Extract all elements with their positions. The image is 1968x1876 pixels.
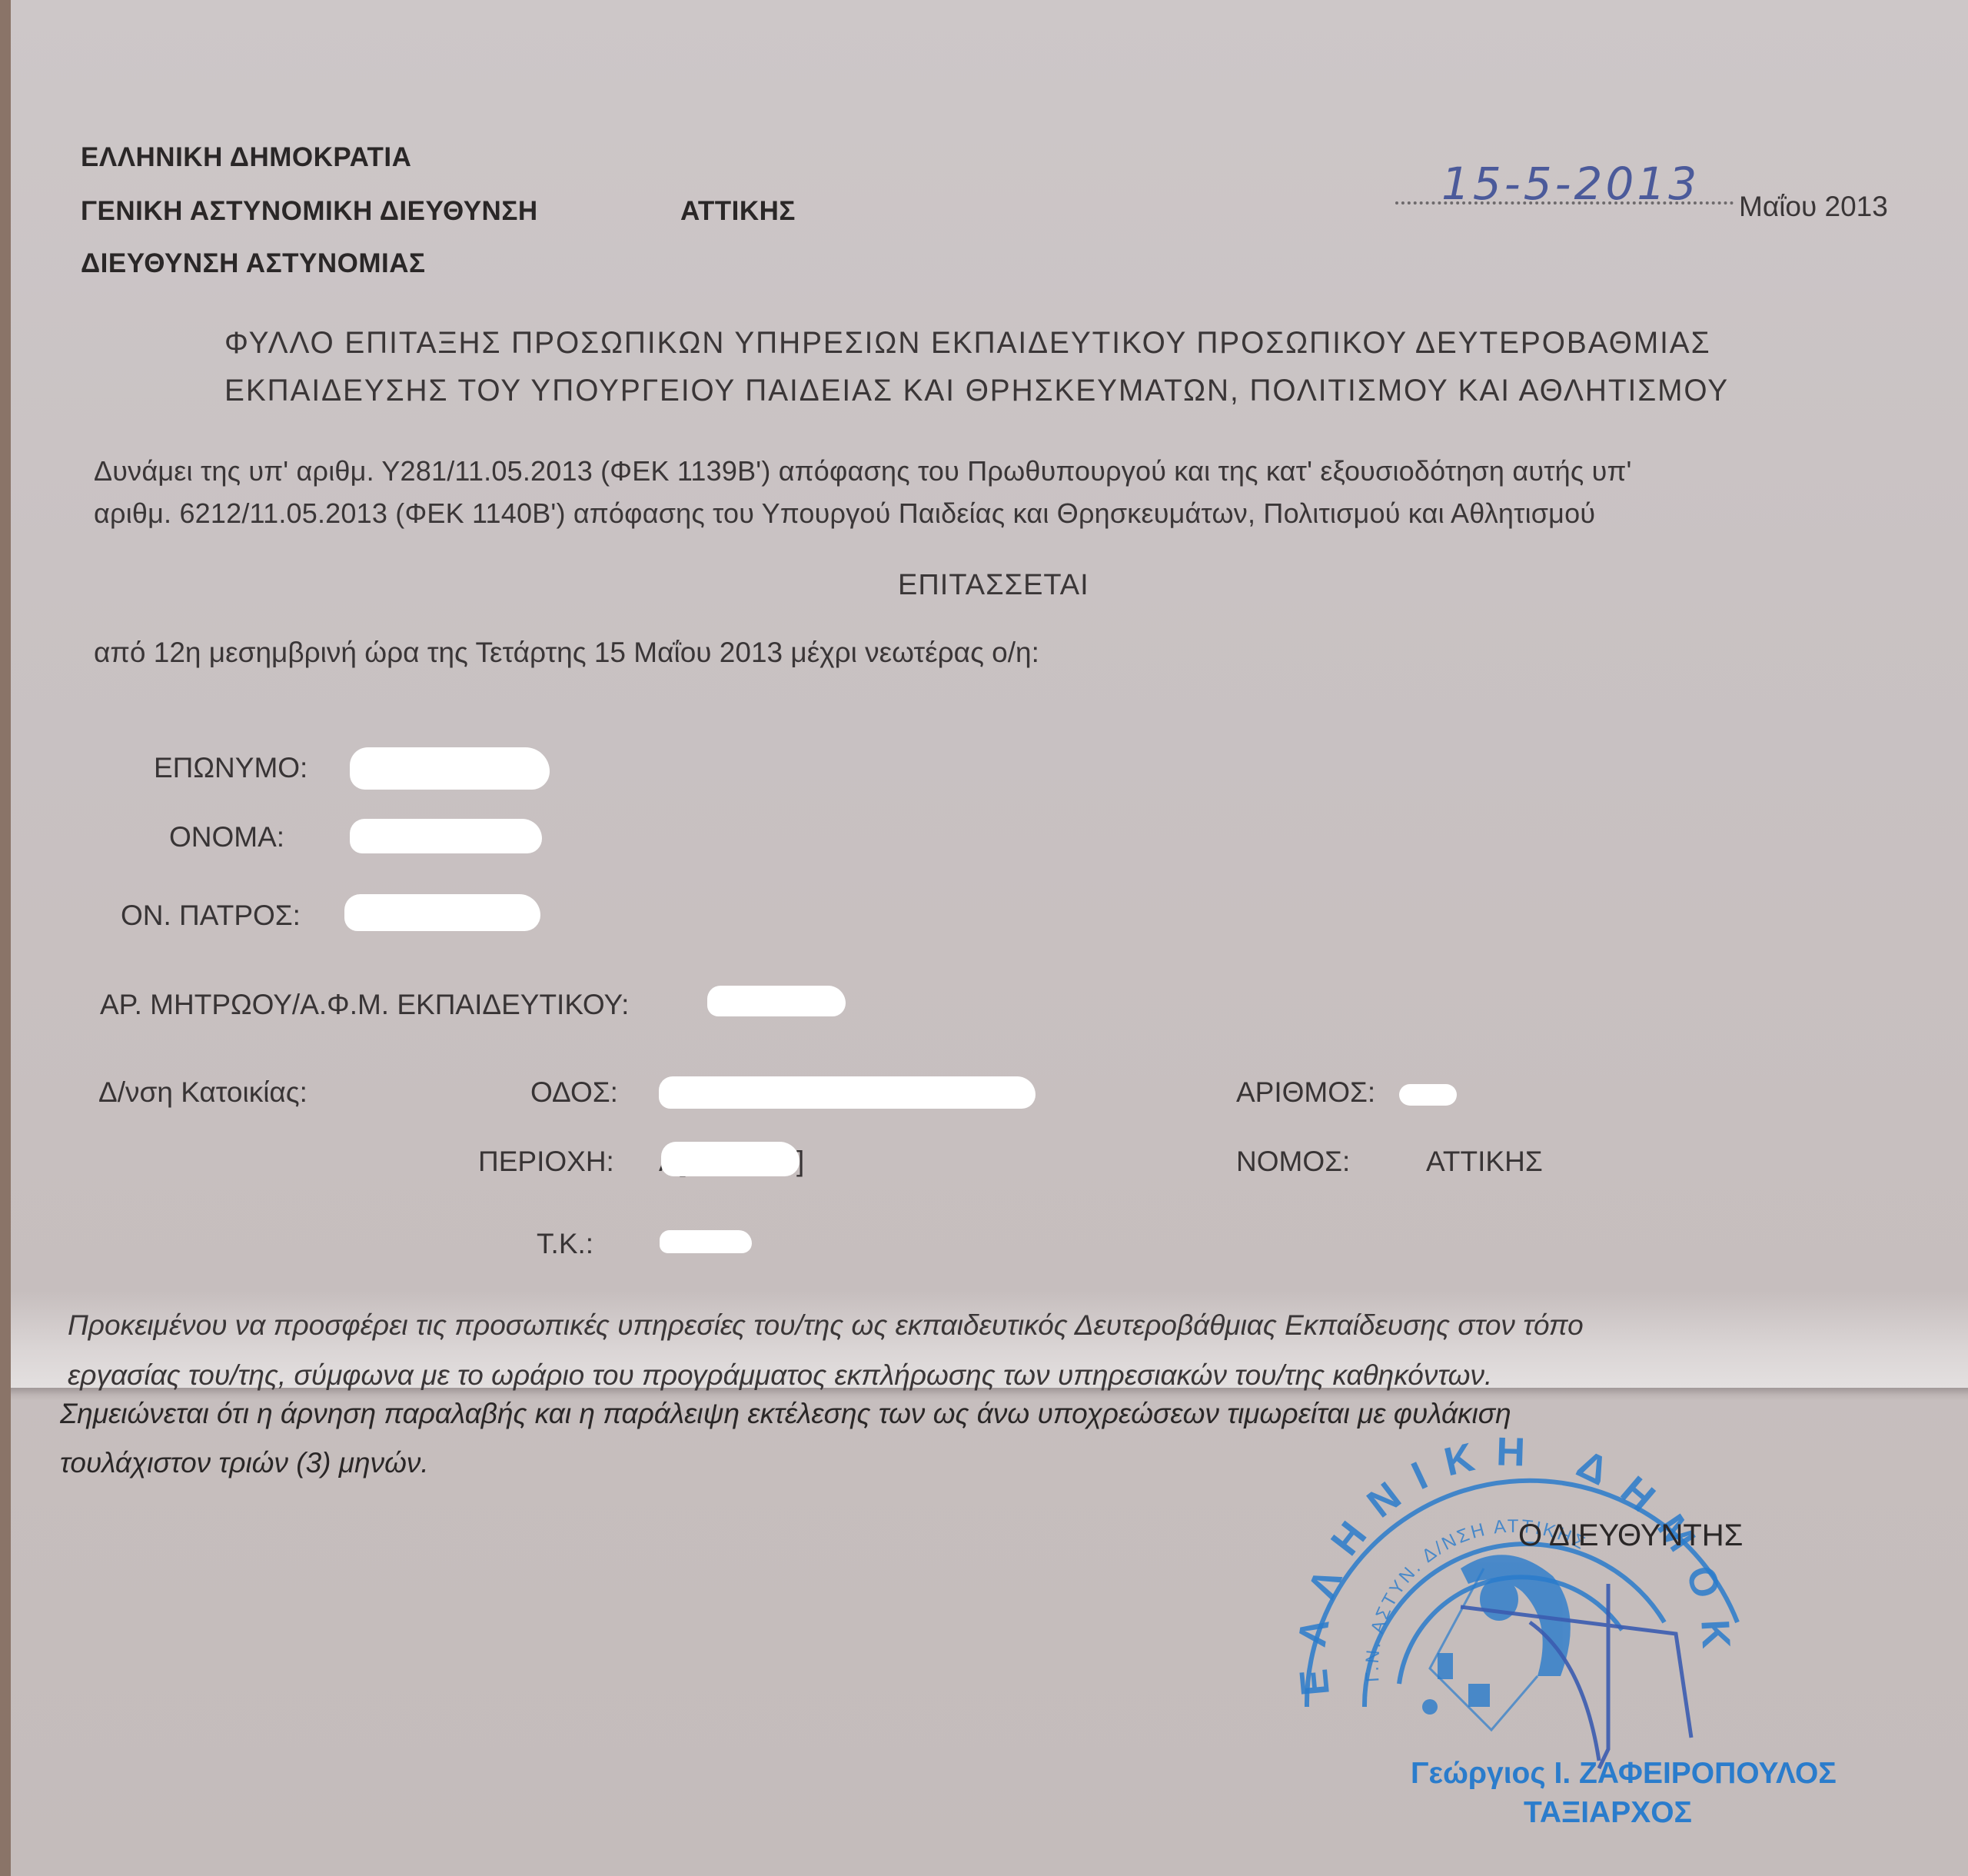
residence-label: Δ/νση Κατοικίας: <box>98 1076 307 1109</box>
handwritten-date: 15-5-2013 <box>1441 158 1700 210</box>
closing-line4: τουλάχιστον τριών (3) μηνών. <box>60 1447 429 1479</box>
signatory-rank: ΤΑΞΙΑΡΧΟΣ <box>1524 1796 1692 1830</box>
registry-label: ΑΡ. ΜΗΤΡΩΟΥ/Α.Φ.Μ. ΕΚΠΑΙΔΕΥΤΙΚΟΥ: <box>100 989 629 1021</box>
street-label: ΟΔΟΣ: <box>530 1076 618 1109</box>
authority-line2: αριθμ. 6212/11.05.2013 (ΦΕΚ 1140Β') απόφ… <box>94 497 1595 530</box>
effective-from-text: από 12η μεσημβρινή ώρα της Τετάρτης 15 Μ… <box>94 637 1039 669</box>
document-title-line1: ΦΥΛΛΟ ΕΠΙΤΑΞΗΣ ΠΡΟΣΩΠΙΚΩΝ ΥΠΗΡΕΣΙΩΝ ΕΚΠΑ… <box>224 326 1711 361</box>
signatory-name: Γεώργιος Ι. ΖΑΦΕΙΡΟΠΟΥΛΟΣ <box>1411 1757 1837 1791</box>
registry-redacted <box>707 986 846 1016</box>
surname-label: ΕΠΩΝΥΜΟ: <box>154 752 307 784</box>
header-region: ΑΤΤΙΚΗΣ <box>680 196 796 227</box>
authority-line1: Δυνάμει της υπ' αριθμ. Υ281/11.05.2013 (… <box>94 455 1632 487</box>
closing-line2: εργασίας του/της, σύμφωνα με το ωράριο τ… <box>68 1359 1492 1392</box>
postcode-redacted <box>660 1230 752 1253</box>
area-redacted <box>661 1142 799 1176</box>
closing-line3: Σημειώνεται ότι η άρνηση παραλαβής και η… <box>60 1398 1511 1430</box>
father-name-label: ΟΝ. ΠΑΤΡΟΣ: <box>121 900 301 932</box>
postcode-label: Τ.Κ.: <box>537 1228 593 1260</box>
header-republic: ΕΛΛΗΝΙΚΗ ΔΗΜΟΚΡΑΤΙΑ <box>81 142 411 173</box>
name-label: ΟΝΟΜΑ: <box>169 821 284 853</box>
street-redacted <box>659 1076 1036 1109</box>
signatory-role: Ο ΔΙΕΥΘΥΝΤΗΣ <box>1518 1518 1743 1553</box>
order-heading: ΕΠΙΤΑΣΣΕΤΑΙ <box>898 569 1089 602</box>
surname-redacted <box>350 747 550 790</box>
official-stamp-icon: ΕΛΛΗΝΙΚΗ ΔΗΜΟΚΡΑΤΙΑ Γ.Ν. ΑΣΤΥΝ. Δ/ΝΣΗ ΑΤ… <box>1276 1430 1814 1784</box>
header-general-directorate: ΓΕΝΙΚΗ ΑΣΤΥΝΟΜΙΚΗ ΔΙΕΥΘΥΝΣΗ <box>81 196 538 227</box>
document-title-line2: ΕΚΠΑΙΔΕΥΣΗΣ ΤΟΥ ΥΠΟΥΡΓΕΙΟΥ ΠΑΙΔΕΙΑΣ ΚΑΙ … <box>224 374 1729 408</box>
prefecture-label: ΝΟΜΟΣ: <box>1236 1146 1350 1178</box>
printed-date-month: Μαΐου 2013 <box>1739 191 1888 223</box>
number-redacted <box>1399 1084 1457 1106</box>
area-label: ΠΕΡΙΟΧΗ: <box>478 1146 614 1178</box>
name-redacted <box>350 819 542 853</box>
father-name-redacted <box>344 894 540 931</box>
number-label: ΑΡΙΘΜΟΣ: <box>1236 1076 1375 1109</box>
prefecture-value: ΑΤΤΙΚΗΣ <box>1426 1146 1543 1178</box>
header-police-directorate: ΔΙΕΥΘΥΝΣΗ ΑΣΤΥΝΟΜΙΑΣ <box>81 248 425 279</box>
closing-line1: Προκειμένου να προσφέρει τις προσωπικές … <box>68 1309 1584 1342</box>
